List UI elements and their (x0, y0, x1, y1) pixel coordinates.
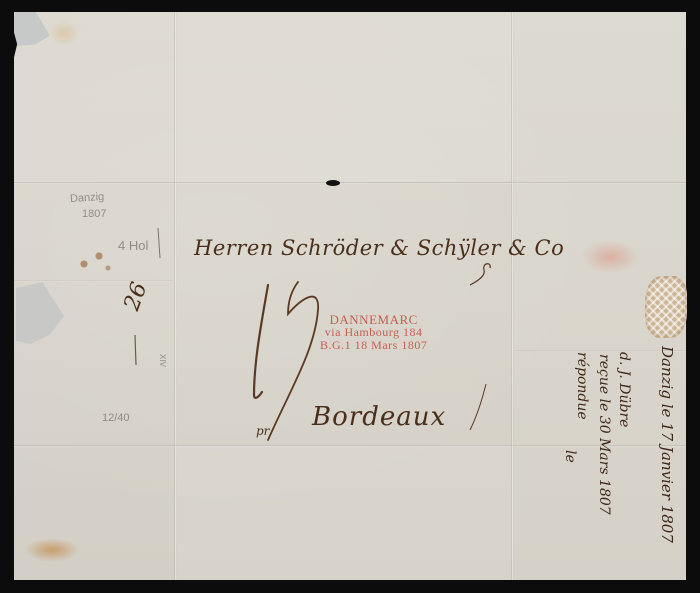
recipient-name: Herren Schröder & Schÿler & Co (194, 236, 564, 260)
letter-sheet (14, 12, 686, 580)
docket-line-4: répondue (574, 352, 590, 420)
pencil-note-rate: 4 Hol (118, 238, 148, 253)
docket-line-5: le (562, 450, 578, 463)
panel-bottom-middle (176, 445, 512, 580)
panel-top-middle (176, 12, 512, 182)
fold-line-top (14, 182, 686, 184)
pencil-note-city: Danzig (70, 191, 105, 205)
docket-line-1: Danzig le 17 Janvier 1807 (658, 346, 676, 543)
fold-line-right (511, 12, 514, 580)
via-prefix: pr (256, 424, 269, 438)
fold-line-bottom (14, 445, 686, 447)
fold-line-mid-left (14, 280, 174, 282)
seal-hole (326, 180, 340, 186)
pencil-note-number: 12/40 (102, 412, 130, 424)
postmark-dannemarc: DANNEMARC via Hambourg 184 B.G.1 18 Mars… (320, 313, 427, 352)
docket-line-2: d. J. Dübre (616, 352, 632, 427)
pencil-note-year: 1807 (82, 208, 106, 220)
postmark-line-3: B.G.1 18 Mars 1807 (320, 339, 427, 352)
docket-line-3: reçue le 30 Mars 1807 (596, 354, 612, 515)
fold-line-left (174, 12, 177, 580)
wax-seal-remnant (645, 276, 687, 338)
destination-city: Bordeaux (312, 402, 446, 432)
small-mark: XIV (158, 354, 167, 367)
